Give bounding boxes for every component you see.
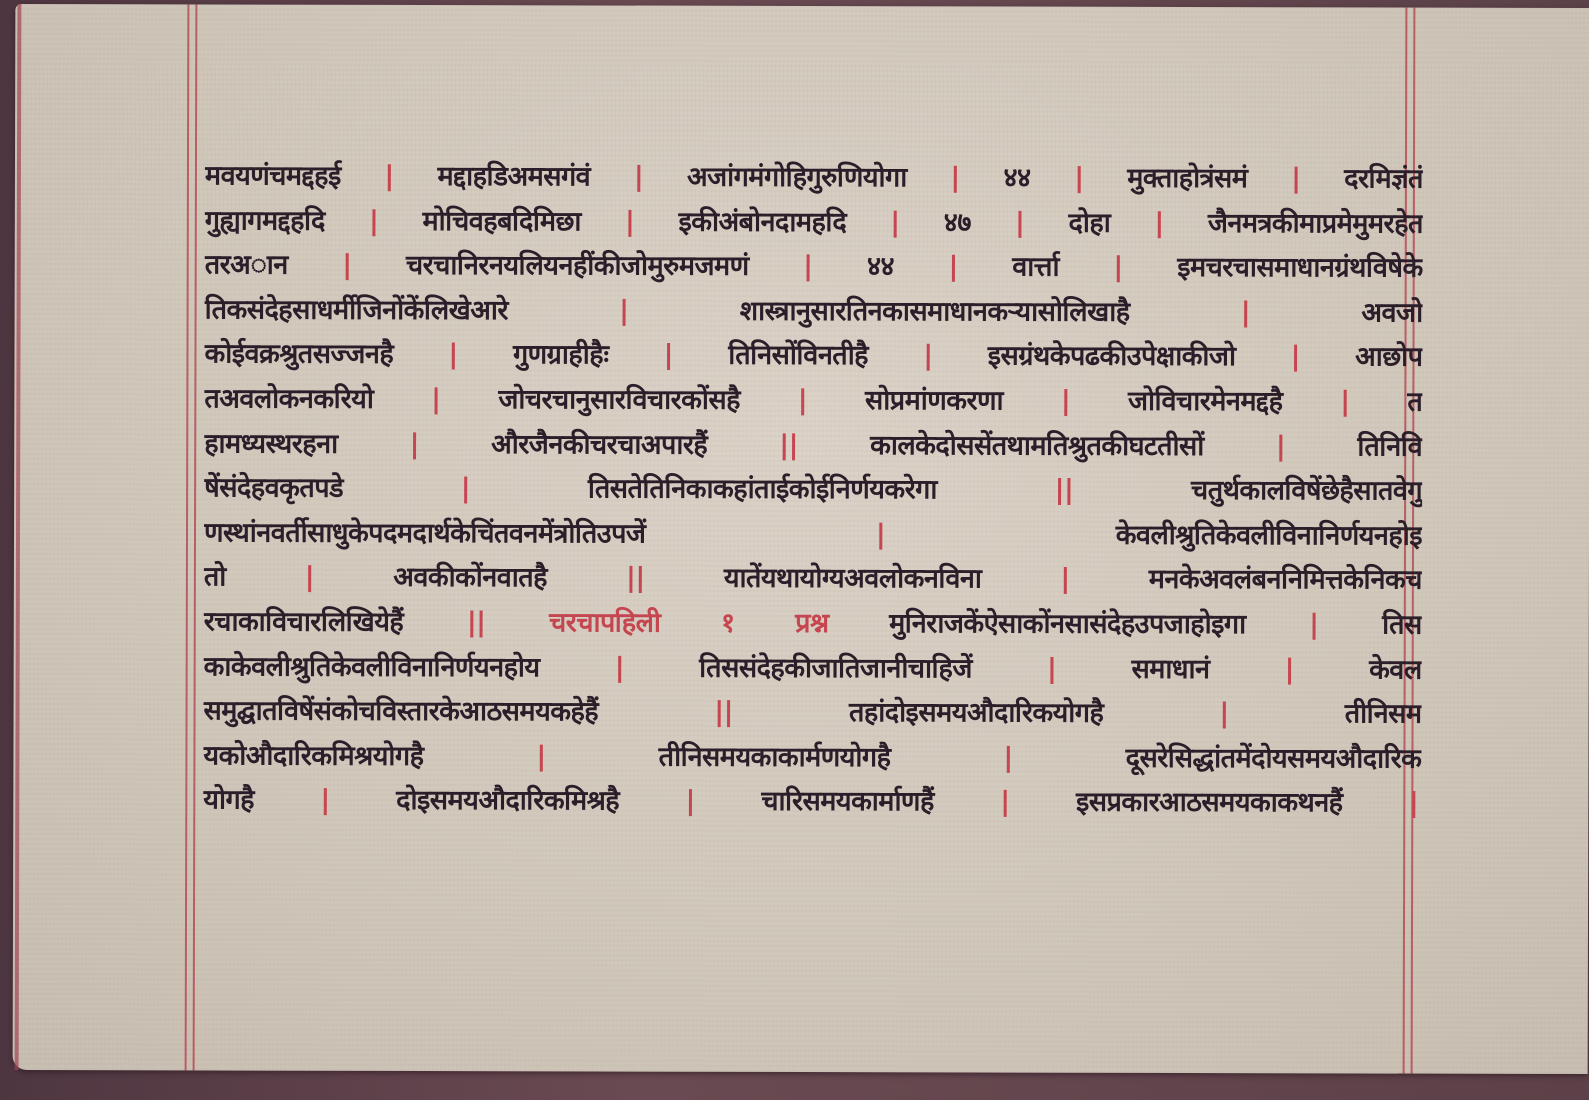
danda-mark: |	[1061, 386, 1070, 417]
text-segment: मुनिराजकेंऐसाकोंनसासंदेहउपजाहोइगा	[889, 608, 1246, 640]
danda-mark: |	[1047, 653, 1056, 684]
danda-mark: |	[1409, 788, 1418, 819]
text-segment: तिस	[1382, 609, 1422, 640]
text-segment: तीनिसम	[1345, 699, 1422, 730]
text-segment: तिनिवि	[1357, 431, 1422, 462]
manuscript-line: योगहै | दोइसमयऔदारिकमिश्रहै | चारिसमयकार…	[203, 779, 1421, 827]
text-segment: केवलीश्रुतिकेवलीविनानिर्णयनहोइ	[1116, 520, 1422, 552]
text-segment: रचाकाविचारलिखियेहैं	[204, 606, 404, 638]
manuscript-line: समुद्घातविषेंसंकोचविस्तारकेआठसमयकहेहैं |…	[203, 690, 1421, 738]
manuscript-line: काकेवलीश्रुतिकेवलीविनानिर्णयनहोय | तिससं…	[204, 645, 1422, 693]
manuscript-leaf: मवयणंचमद्दहई | मद्दाहडिअमसगंवं | अजांगमं…	[13, 4, 1589, 1074]
danda-mark: |	[448, 339, 457, 370]
danda-mark: |	[1074, 163, 1083, 194]
danda-mark: |	[625, 206, 634, 237]
text-segment: दोहा	[1069, 207, 1111, 238]
text-segment: मद्दाहडिअमसगंवं	[437, 161, 590, 192]
danda-mark: ||	[714, 697, 733, 728]
text-segment: त	[1407, 387, 1422, 418]
text-segment: तरअान	[205, 250, 288, 281]
manuscript-line: कोईवक्रश्रुतसज्जनहै | गुणग्राहीहैः | तिन…	[204, 333, 1422, 381]
left-edge-border	[15, 4, 22, 1070]
rubric-text: प्रश्न	[795, 608, 829, 639]
text-segment: यकोऔदारिकमिश्रयोगहै	[203, 740, 423, 772]
danda-mark: |	[461, 473, 470, 504]
text-segment: अवजो	[1361, 297, 1422, 328]
danda-mark: |	[384, 161, 393, 192]
manuscript-text-block: मवयणंचमद्दहई | मद्दाहडिअमसगंवं | अजांगमं…	[203, 154, 1423, 826]
text-segment: इमचरचासमाधानग्रंथविषेके	[1177, 252, 1423, 284]
text-segment: गुणग्राहीहैः	[513, 340, 609, 371]
danda-mark: |	[1219, 698, 1228, 729]
text-segment: हामध्यस्थरहना	[204, 428, 337, 459]
manuscript-line: तिकसंदेहसाधर्मीजिनोंकेंलिखेआरे | शास्त्र…	[205, 288, 1423, 336]
text-segment: षेंसंदेहवकृतपडे	[204, 473, 343, 504]
danda-mark: |	[1291, 163, 1300, 194]
danda-mark: |	[1003, 742, 1012, 773]
danda-mark: |	[803, 251, 812, 282]
danda-mark: |	[634, 162, 643, 193]
text-segment: आछोप	[1355, 342, 1422, 373]
manuscript-line: यकोऔदारिकमिश्रयोगहै | तीनिसमयकाकार्मणयोग…	[203, 734, 1421, 782]
text-segment: इसप्रकारआठसमयकाकथनहैं	[1076, 787, 1343, 819]
text-segment: ४४	[1003, 163, 1030, 194]
danda-mark: |	[1285, 654, 1294, 685]
danda-mark: |	[320, 785, 329, 816]
text-segment: दूसरेसिद्धांतमेंदोयसमयऔदारिक	[1126, 743, 1422, 775]
text-segment: काकेवलीश्रुतिकेवलीविनानिर्णयनहोय	[204, 651, 540, 683]
text-segment: यातेंयथायोग्यअवलोकनविना	[724, 563, 982, 595]
text-segment: जोचरचानुसारविचारकोंसहै	[498, 384, 740, 416]
text-segment: चरचानिरनयलियनहींकीजोमुरुमजमणं	[406, 250, 749, 282]
danda-mark: |	[1309, 609, 1318, 640]
manuscript-line: हामध्यस्थरहना | औरजैनकीचरचाअपारहैं || का…	[204, 422, 1422, 470]
text-segment: तिससंदेहकीजातिजानीचाहिजें	[699, 652, 972, 684]
text-segment: तिनिसोंविनतीहै	[728, 340, 868, 371]
danda-mark: ||	[1055, 475, 1074, 506]
danda-mark: |	[686, 786, 695, 817]
text-segment: दोइसमयऔदारिकमिश्रहै	[396, 785, 619, 817]
text-segment: तिकसंदेहसाधर्मीजिनोंकेंलिखेआरे	[205, 294, 508, 326]
manuscript-line: रचाकाविचारलिखियेहैं || चरचापहिली १ प्रश्…	[204, 600, 1422, 648]
danda-mark: |	[1340, 386, 1349, 417]
danda-mark: |	[876, 519, 885, 550]
danda-mark: |	[342, 250, 351, 281]
text-segment: समाधानं	[1131, 653, 1209, 684]
manuscript-line: णस्थांनवर्तीसाधुकेपदमदार्थकेचिंतवनमेंत्र…	[204, 511, 1422, 559]
text-segment: शास्त्रानुसारतिनकासमाधानकऱ्यासोलिखाहै	[740, 296, 1130, 328]
danda-mark: ||	[626, 563, 645, 594]
left-margin-rule-outer	[185, 4, 190, 1070]
text-segment: इसग्रंथकेपढकीउपेक्षाकीजो	[988, 341, 1236, 373]
danda-mark: |	[305, 562, 314, 593]
text-segment: समुद्घातविषेंसंकोचविस्तारकेआठसमयकहेहैं	[204, 696, 599, 728]
text-segment: योगहै	[203, 785, 254, 816]
text-segment: मवयणंचमद्दहई	[205, 160, 341, 191]
danda-mark: |	[431, 384, 440, 415]
danda-mark: |	[410, 429, 419, 460]
text-segment: केवल	[1369, 654, 1422, 685]
danda-mark: |	[664, 340, 673, 371]
danda-mark: |	[1015, 207, 1024, 238]
text-segment: जोविचारमेनमद्दहै	[1128, 386, 1282, 417]
danda-mark: |	[615, 652, 624, 683]
text-segment: अवकीकोंनवातहै	[393, 562, 547, 593]
text-segment: दरमिज्ञंतं	[1344, 163, 1423, 194]
text-segment: णस्थांनवर्तीसाधुकेपदमदार्थकेचिंतवनमेंत्र…	[204, 517, 646, 549]
text-segment: तअवलोकनकरियो	[204, 383, 373, 414]
text-segment: तीनिसमयकाकार्मणयोगहै	[659, 741, 891, 773]
text-segment: तो	[204, 562, 226, 593]
danda-mark: |	[798, 385, 807, 416]
text-segment: गुह्यागमद्दहदि	[205, 205, 325, 236]
manuscript-line: तअवलोकनकरियो | जोचरचानुसारविचारकोंसहै | …	[204, 377, 1422, 425]
danda-mark: |	[1241, 297, 1250, 328]
danda-mark: |	[1060, 564, 1069, 595]
text-segment: मोचिवहबदिमिछा	[422, 206, 581, 237]
text-segment: मनकेअवलंबननिमित्तकेनिकच	[1149, 564, 1422, 596]
manuscript-line: मवयणंचमद्दहई | मद्दाहडिअमसगंवं | अजांगमं…	[205, 154, 1423, 202]
danda-mark: ||	[779, 430, 798, 461]
text-segment: इकीअंबोनदामहदि	[679, 206, 847, 237]
text-segment: वार्त्ता	[1012, 252, 1059, 283]
text-segment: ४४	[867, 251, 894, 282]
text-segment: मुक्ताहोत्रंसमं	[1127, 163, 1247, 194]
danda-mark: |	[536, 741, 545, 772]
text-segment: जैनमत्रकीमाप्रमेमुमरहेत	[1208, 208, 1423, 240]
text-segment: सोप्रमांणकरणा	[865, 385, 1003, 416]
rubric-text: १	[721, 608, 735, 639]
danda-mark: |	[619, 295, 628, 326]
danda-mark: |	[923, 341, 932, 372]
danda-mark: |	[1113, 252, 1122, 283]
text-segment: चारिसमयकार्माणहैं	[761, 786, 934, 817]
text-segment: कोईवक्रश्रुतसज्जनहै	[204, 339, 393, 370]
text-segment: ४७	[944, 207, 971, 238]
danda-mark: |	[948, 252, 957, 283]
text-segment: अजांगमंगोहिगुरुणियोगा	[687, 162, 907, 194]
danda-mark: |	[1276, 431, 1285, 462]
danda-mark: |	[1154, 208, 1163, 239]
danda-mark: |	[369, 205, 378, 236]
manuscript-line: षेंसंदेहवकृतपडे | तिसतेतिनिकाकहांताईकोईन…	[204, 467, 1422, 515]
rubric-text: चरचापहिली	[549, 607, 660, 638]
danda-mark: ||	[467, 607, 486, 638]
manuscript-line: तो | अवकीकोंनवातहै || यातेंयथायोग्यअवलोक…	[204, 556, 1422, 604]
left-margin-rule-inner	[193, 4, 198, 1070]
text-segment: तहांदोइसमयऔदारिकयोगहै	[849, 697, 1103, 729]
danda-mark: |	[1291, 342, 1300, 373]
danda-mark: |	[1000, 787, 1009, 818]
danda-mark: |	[950, 162, 959, 193]
manuscript-line: गुह्यागमद्दहदि | मोचिवहबदिमिछा | इकीअंबो…	[205, 199, 1423, 247]
manuscript-line: तरअान | चरचानिरनयलियनहींकीजोमुरुमजमणं | …	[205, 244, 1423, 292]
danda-mark: |	[890, 207, 899, 238]
text-segment: चतुर्थकालविषेंछेहैसातवेगु	[1191, 475, 1422, 507]
text-segment: कालकेदोससेंतथामतिश्रुतकीघटतीसों	[870, 430, 1204, 462]
text-segment: तिसतेतिनिकाकहांताईकोईनिर्णयकरेगा	[588, 474, 937, 506]
text-segment: औरजैनकीचरचाअपारहैं	[491, 429, 707, 461]
